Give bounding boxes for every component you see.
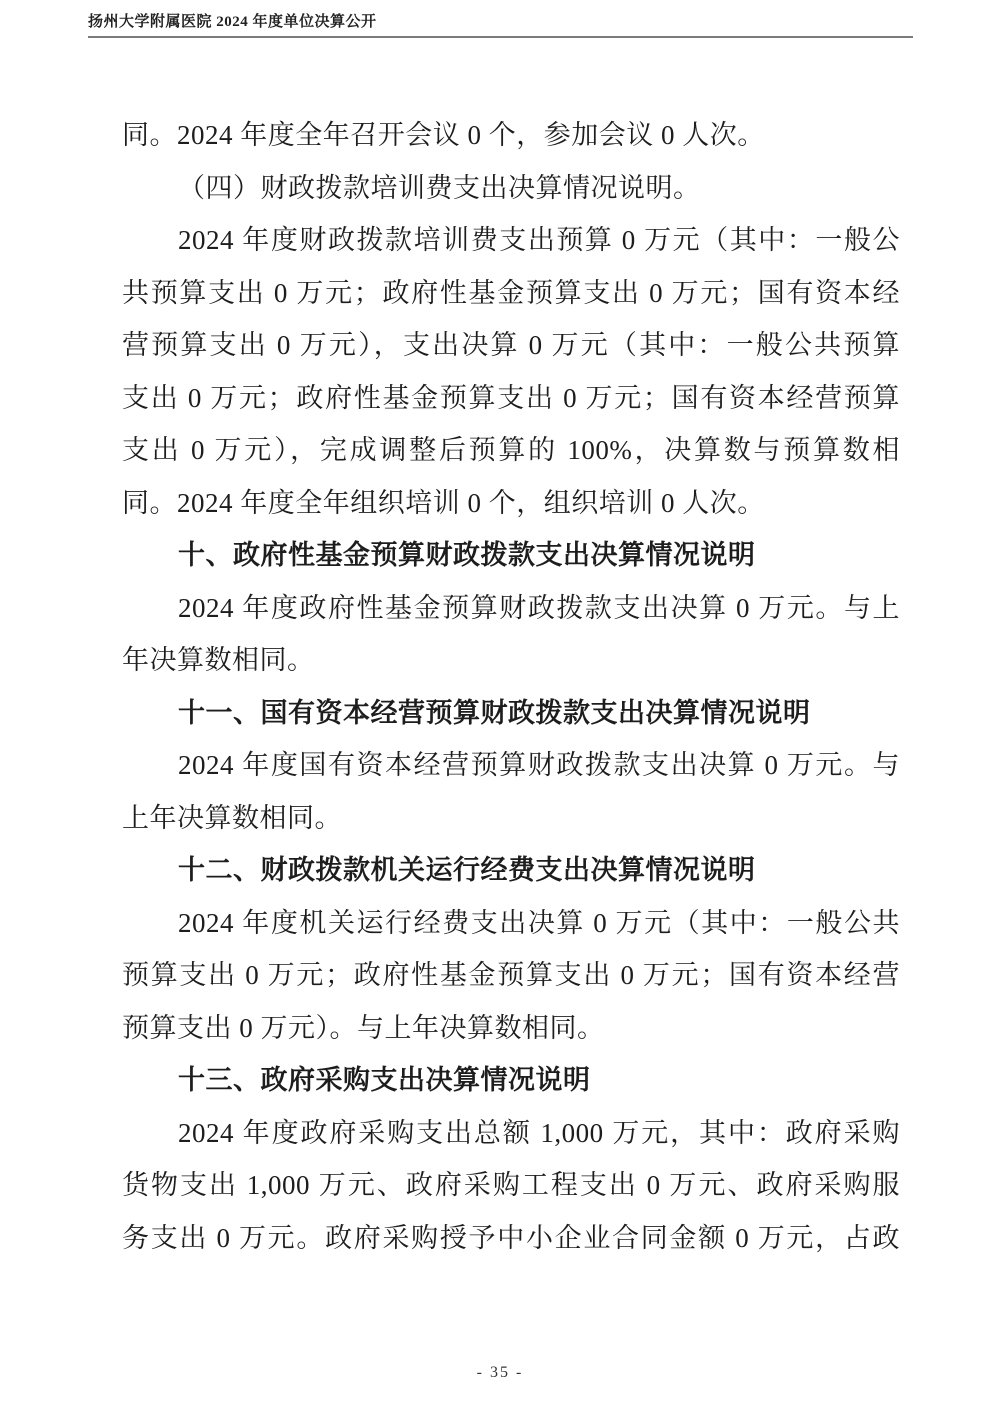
text-line: （四）财政拨款培训费支出决算情况说明。: [122, 162, 900, 215]
page-footer: - 35 -: [0, 1364, 1000, 1382]
text-line: 年决算数相同。: [122, 634, 900, 687]
section-heading: 十二、财政拨款机关运行经费支出决算情况说明: [122, 844, 900, 897]
text-line: 2024 年度机关运行经费支出决算 0 万元（其中：一般公共: [122, 897, 900, 950]
header-rule: [88, 36, 913, 38]
text-line: 2024 年度财政拨款培训费支出预算 0 万元（其中：一般公: [122, 214, 900, 267]
text-line: 共预算支出 0 万元；政府性基金预算支出 0 万元；国有资本经: [122, 267, 900, 320]
text-line: 2024 年度政府采购支出总额 1,000 万元，其中：政府采购: [122, 1107, 900, 1160]
section-heading: 十一、国有资本经营预算财政拨款支出决算情况说明: [122, 687, 900, 740]
section-heading: 十三、政府采购支出决算情况说明: [122, 1054, 900, 1107]
text-line: 2024 年度政府性基金预算财政拨款支出决算 0 万元。与上: [122, 582, 900, 635]
text-line: 2024 年度国有资本经营预算财政拨款支出决算 0 万元。与: [122, 739, 900, 792]
text-line: 营预算支出 0 万元），支出决算 0 万元（其中：一般公共预算: [122, 319, 900, 372]
section-heading: 十、政府性基金预算财政拨款支出决算情况说明: [122, 529, 900, 582]
page-header: 扬州大学附属医院 2024 年度单位决算公开: [88, 10, 913, 31]
text-line: 上年决算数相同。: [122, 792, 900, 845]
page-number: - 35 -: [477, 1364, 524, 1381]
text-line: 同。2024 年度全年组织培训 0 个，组织培训 0 人次。: [122, 477, 900, 530]
text-line: 支出 0 万元；政府性基金预算支出 0 万元；国有资本经营预算: [122, 372, 900, 425]
text-line: 同。2024 年度全年召开会议 0 个，参加会议 0 人次。: [122, 109, 900, 162]
text-line: 支出 0 万元），完成调整后预算的 100%，决算数与预算数相: [122, 424, 900, 477]
text-line: 货物支出 1,000 万元、政府采购工程支出 0 万元、政府采购服: [122, 1159, 900, 1212]
header-title: 扬州大学附属医院 2024 年度单位决算公开: [88, 14, 377, 30]
text-line: 务支出 0 万元。政府采购授予中小企业合同金额 0 万元，占政: [122, 1212, 900, 1265]
document-body: 同。2024 年度全年召开会议 0 个，参加会议 0 人次。 （四）财政拨款培训…: [122, 109, 900, 1264]
document-page: 扬州大学附属医院 2024 年度单位决算公开 同。2024 年度全年召开会议 0…: [0, 0, 1000, 1414]
text-line: 预算支出 0 万元）。与上年决算数相同。: [122, 1002, 900, 1055]
text-line: 预算支出 0 万元；政府性基金预算支出 0 万元；国有资本经营: [122, 949, 900, 1002]
